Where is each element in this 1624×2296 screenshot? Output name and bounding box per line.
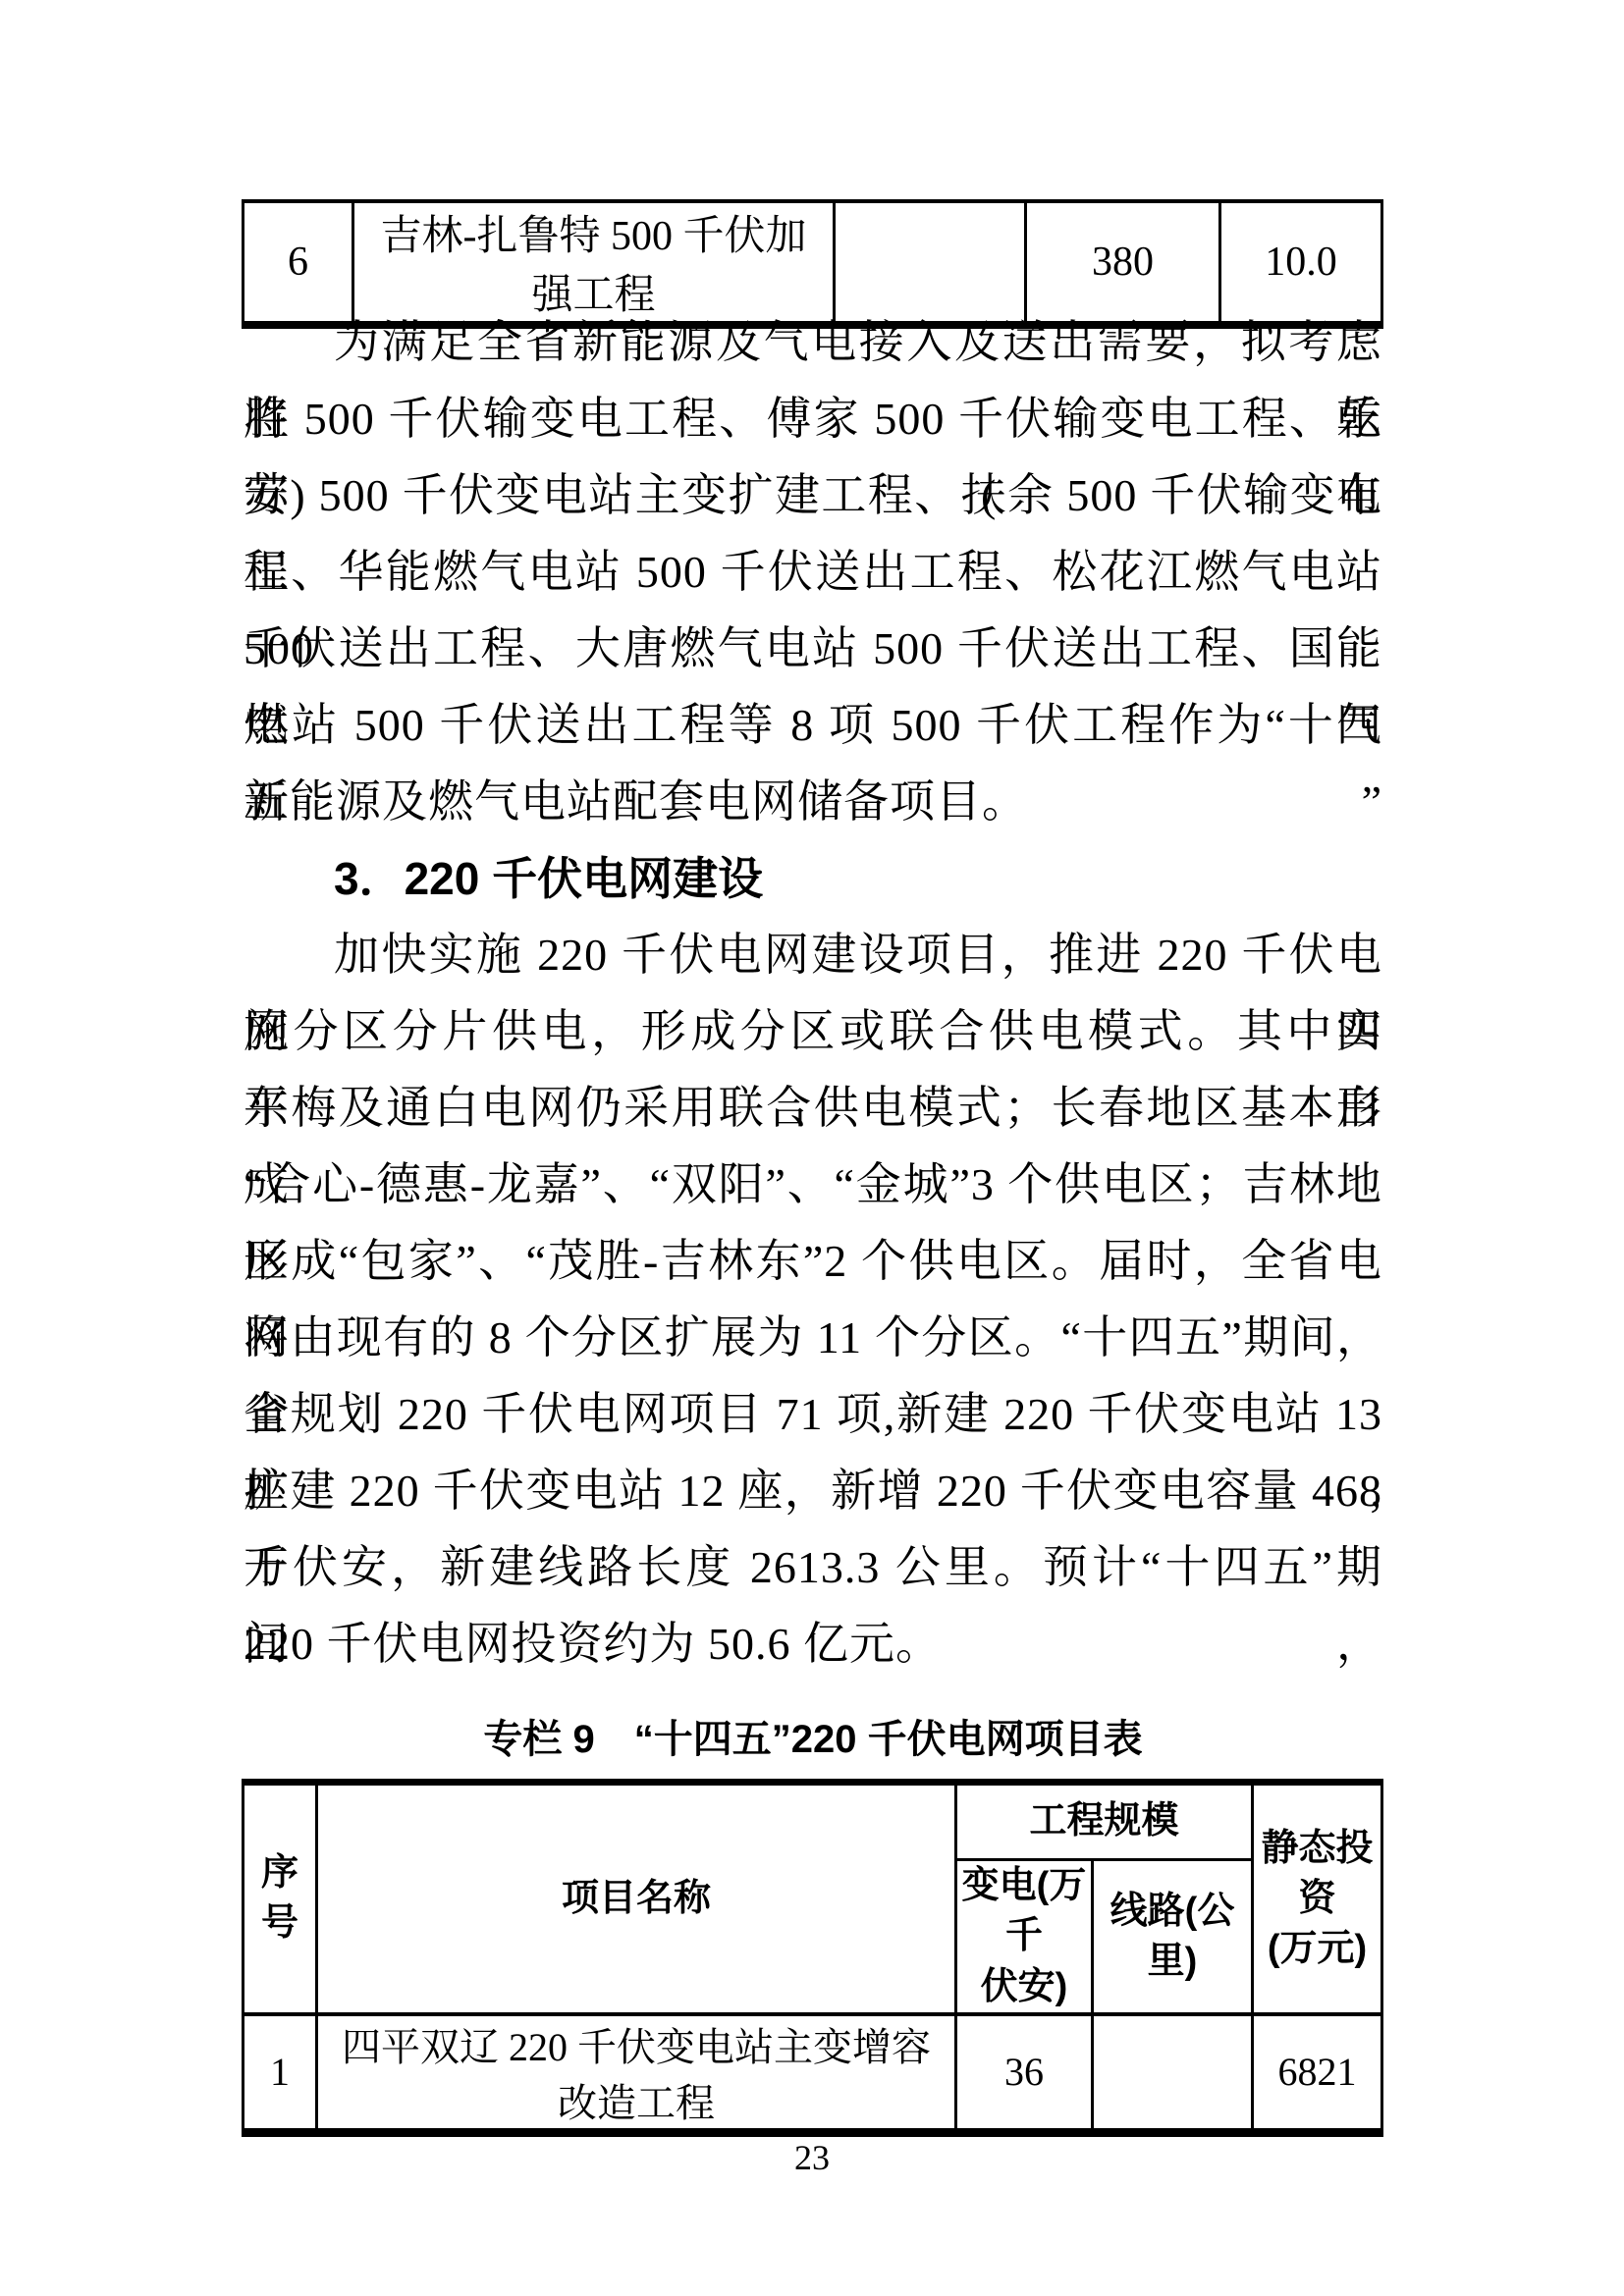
paragraph-1: 为满足全省新能源及气电接入及送出需要，拟考虑将乐 胜 500 千伏输变电工程、傅… xyxy=(244,304,1382,840)
header-substation-capacity: 变电(万千 伏安) xyxy=(956,1860,1093,2014)
text-line: 加快实施 220 千伏电网建设项目，推进 220 千伏电网实 xyxy=(244,917,1382,993)
row-index-cell: 1 xyxy=(244,2014,317,2133)
paragraph-2: 加快实施 220 千伏电网建设项目，推进 220 千伏电网实 施分区分片供电，形… xyxy=(244,917,1382,1682)
document-page: 6 吉林-扎鲁特 500 千伏加强工程 380 10.0 为满足全省新能源及气电… xyxy=(0,0,1624,2296)
text-line: 苏) 500 千伏变电站主变扩建工程、扶余 500 千伏输变电工 xyxy=(244,457,1382,534)
substation-capacity-cell: 36 xyxy=(956,2014,1093,2133)
header-line-length: 线路(公里) xyxy=(1093,1860,1253,2014)
header-investment: 静态投资 (万元) xyxy=(1253,1783,1382,2014)
text-line: 扩建 220 千伏变电站 12 座，新增 220 千伏变电容量 468 万 xyxy=(244,1453,1382,1529)
section-heading-block: 3．220 千伏电网建设 xyxy=(244,840,1382,917)
text-line: 千伏送出工程、大唐燃气电站 500 千伏送出工程、国能燃气 xyxy=(244,611,1382,687)
text-line: 省规划 220 千伏电网项目 71 项,新建 220 千伏变电站 13 座, xyxy=(244,1376,1382,1453)
header-scale-group: 工程规模 xyxy=(956,1783,1253,1860)
section-heading: 3．220 千伏电网建设 xyxy=(244,840,1382,917)
text-line: “合心-德惠-龙嘉”、“双阳”、“金城”3 个供电区；吉林地区 xyxy=(244,1147,1382,1223)
table-caption: 专栏 9 “十四五”220 千伏电网项目表 xyxy=(244,1705,1382,1774)
text-line: 胜 500 千伏输变电工程、傅家 500 千伏输变电工程、乾安 (布 xyxy=(244,381,1382,457)
page-number: 23 xyxy=(0,2128,1624,2187)
text-line: 千伏安，新建线路长度 2613.3 公里。预计“十四五”期间， xyxy=(244,1529,1382,1606)
text-line: 施分区分片供电，形成分区或联合供电模式。其中四平、白 xyxy=(244,993,1382,1070)
investment-cell: 6821 xyxy=(1253,2014,1382,2133)
text-line: 将由现有的 8 个分区扩展为 11 个分区。“十四五”期间，全 xyxy=(244,1300,1382,1376)
text-line: 形成“包家”、“茂胜-吉林东”2 个供电区。届时，全省电网 xyxy=(244,1223,1382,1300)
header-project-name: 项目名称 xyxy=(317,1783,956,2014)
line-length-cell xyxy=(1093,2014,1253,2133)
project-name-cell: 四平双辽 220 千伏变电站主变增容改造工程 xyxy=(317,2014,956,2133)
text-line: 程、华能燃气电站 500 千伏送出工程、松花江燃气电站 500 xyxy=(244,534,1382,611)
text-line: 为满足全省新能源及气电接入及送出需要，拟考虑将乐 xyxy=(244,304,1382,381)
text-line: 电站 500 千伏送出工程等 8 项 500 千伏工程作为“十四五” xyxy=(244,687,1382,764)
text-line: 东梅及通白电网仍采用联合供电模式；长春地区基本形成 xyxy=(244,1070,1382,1147)
box9-table: 序号 项目名称 工程规模 静态投资 (万元) 变电(万千 伏安) 线路(公里) … xyxy=(242,1779,1383,2137)
table-row: 1 四平双辽 220 千伏变电站主变增容改造工程 36 6821 xyxy=(244,2014,1382,2133)
header-row-group: 序号 项目名称 工程规模 静态投资 (万元) xyxy=(244,1783,1382,1860)
header-index: 序号 xyxy=(244,1783,317,2014)
